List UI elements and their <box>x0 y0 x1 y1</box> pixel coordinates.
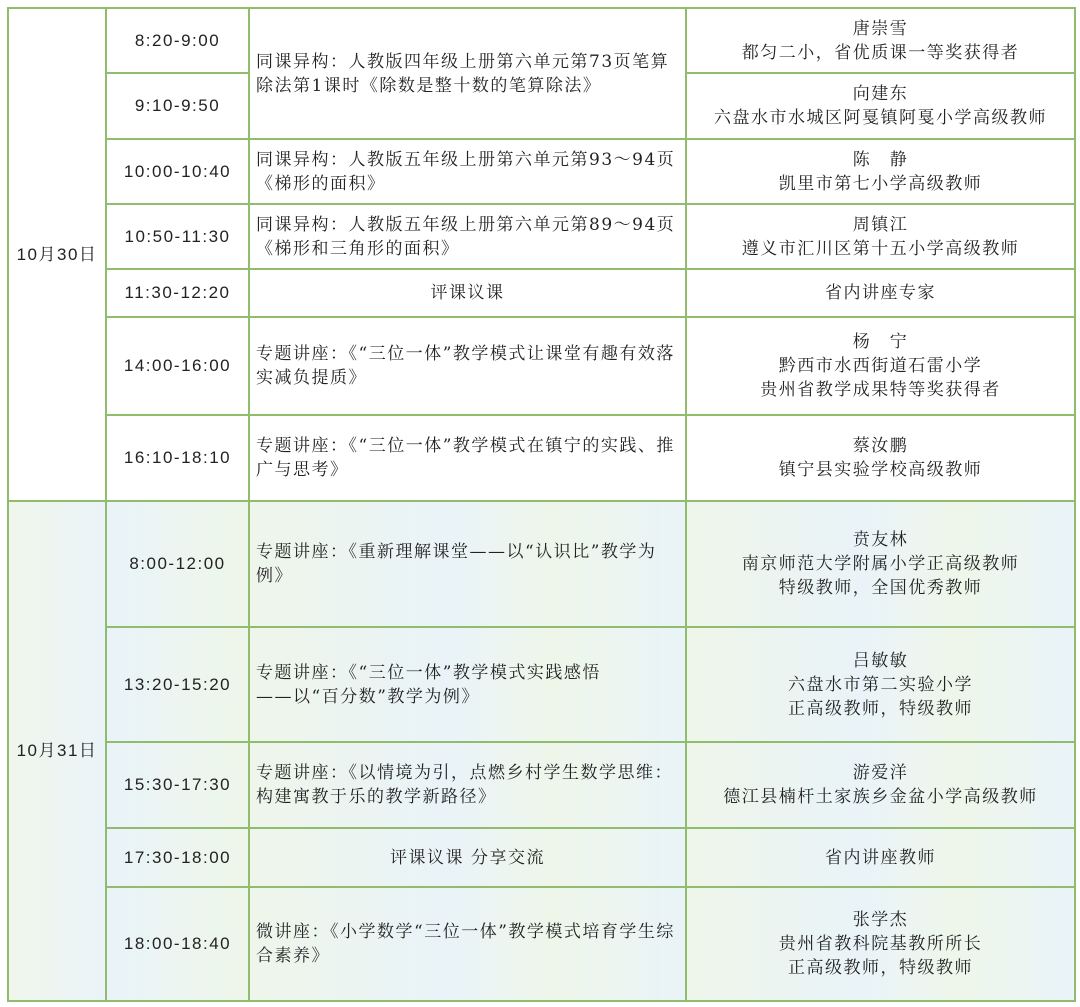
time-cell: 8:00-12:00 <box>106 501 249 627</box>
time-cell: 11:30-12:20 <box>106 269 249 317</box>
table-row: 10:50-11:30 同课异构：人教版五年级上册第六单元第89～94页《梯形和… <box>8 204 1075 269</box>
table-row: 18:00-18:40 微讲座：《小学数学“三位一体”教学模式培育学生综合素养》… <box>8 887 1075 1001</box>
speaker-title: 六盘水市水城区阿戛镇阿戛小学高级教师 <box>693 106 1068 130</box>
time-cell: 16:10-18:10 <box>106 415 249 501</box>
speaker-name: 向建东 <box>693 82 1068 106</box>
topic-cell: 同课异构：人教版五年级上册第六单元第89～94页《梯形和三角形的面积》 <box>249 204 686 269</box>
speaker-title: 黔西市水西街道石雷小学 <box>693 354 1068 378</box>
speaker-cell: 蔡汝鹏 镇宁县实验学校高级教师 <box>686 415 1075 501</box>
topic-cell: 微讲座：《小学数学“三位一体”教学模式培育学生综合素养》 <box>249 887 686 1001</box>
topic-cell: 专题讲座：《“三位一体”教学模式实践感悟 ——以“百分数”教学为例》 <box>249 627 686 742</box>
speaker-cell: 贲友林 南京师范大学附属小学正高级教师 特级教师，全国优秀教师 <box>686 501 1075 627</box>
speaker-name: 贲友林 <box>693 528 1068 552</box>
time-cell: 15:30-17:30 <box>106 742 249 828</box>
speaker-cell: 唐崇雪 都匀二小，省优质课一等奖获得者 <box>686 8 1075 73</box>
speaker-title: 贵州省教科院基教所所长 <box>693 932 1068 956</box>
speaker-cell: 吕敏敏 六盘水市第二实验小学 正高级教师，特级教师 <box>686 627 1075 742</box>
speaker-name: 陈 静 <box>693 148 1068 172</box>
speaker-name: 吕敏敏 <box>693 649 1068 673</box>
speaker-title: 贵州省教学成果特等奖获得者 <box>693 378 1068 402</box>
time-cell: 17:30-18:00 <box>106 828 249 887</box>
speaker-title: 遵义市汇川区第十五小学高级教师 <box>693 237 1068 261</box>
speaker-title: 特级教师，全国优秀教师 <box>693 576 1068 600</box>
date-cell: 10月31日 <box>8 501 106 1001</box>
speaker-name: 省内讲座专家 <box>693 281 1068 305</box>
time-cell: 10:00-10:40 <box>106 139 249 204</box>
table-row: 10月31日 8:00-12:00 专题讲座：《重新理解课堂——以“认识比”教学… <box>8 501 1075 627</box>
time-cell: 14:00-16:00 <box>106 317 249 415</box>
table-row: 10月30日 8:20-9:00 同课异构：人教版四年级上册第六单元第73页笔算… <box>8 8 1075 73</box>
topic-cell: 专题讲座：《“三位一体”教学模式让课堂有趣有效落实减负提质》 <box>249 317 686 415</box>
topic-line: ——以“百分数”教学为例》 <box>256 685 679 709</box>
table-row: 10:00-10:40 同课异构：人教版五年级上册第六单元第93～94页《梯形的… <box>8 139 1075 204</box>
speaker-cell: 周镇江 遵义市汇川区第十五小学高级教师 <box>686 204 1075 269</box>
speaker-title: 德江县楠杆土家族乡金盆小学高级教师 <box>693 785 1068 809</box>
speaker-title: 凯里市第七小学高级教师 <box>693 172 1068 196</box>
topic-cell: 专题讲座：《以情境为引，点燃乡村学生数学思维：构建寓教于乐的教学新路径》 <box>249 742 686 828</box>
topic-cell: 评课议课 分享交流 <box>249 828 686 887</box>
topic-cell: 同课异构：人教版五年级上册第六单元第93～94页《梯形的面积》 <box>249 139 686 204</box>
topic-cell: 评课议课 <box>249 269 686 317</box>
topic-cell: 专题讲座：《“三位一体”教学模式在镇宁的实践、推广与思考》 <box>249 415 686 501</box>
speaker-title: 南京师范大学附属小学正高级教师 <box>693 552 1068 576</box>
table-row: 15:30-17:30 专题讲座：《以情境为引，点燃乡村学生数学思维：构建寓教于… <box>8 742 1075 828</box>
topic-cell: 专题讲座：《重新理解课堂——以“认识比”教学为例》 <box>249 501 686 627</box>
speaker-cell: 杨 宁 黔西市水西街道石雷小学 贵州省教学成果特等奖获得者 <box>686 317 1075 415</box>
table-row: 17:30-18:00 评课议课 分享交流 省内讲座教师 <box>8 828 1075 887</box>
speaker-title: 六盘水市第二实验小学 <box>693 673 1068 697</box>
topic-line: 专题讲座：《“三位一体”教学模式实践感悟 <box>256 661 679 685</box>
speaker-title: 都匀二小，省优质课一等奖获得者 <box>693 41 1068 65</box>
topic-cell: 同课异构：人教版四年级上册第六单元第73页笔算除法第1课时《除数是整十数的笔算除… <box>249 8 686 139</box>
speaker-cell: 省内讲座教师 <box>686 828 1075 887</box>
time-cell: 9:10-9:50 <box>106 73 249 139</box>
day-group-oct30: 10月30日 8:20-9:00 同课异构：人教版四年级上册第六单元第73页笔算… <box>8 8 1075 501</box>
speaker-name: 周镇江 <box>693 213 1068 237</box>
speaker-cell: 省内讲座专家 <box>686 269 1075 317</box>
time-cell: 8:20-9:00 <box>106 8 249 73</box>
speaker-title: 正高级教师，特级教师 <box>693 956 1068 980</box>
speaker-cell: 张学杰 贵州省教科院基教所所长 正高级教师，特级教师 <box>686 887 1075 1001</box>
speaker-name: 蔡汝鹏 <box>693 434 1068 458</box>
time-cell: 13:20-15:20 <box>106 627 249 742</box>
table-row: 14:00-16:00 专题讲座：《“三位一体”教学模式让课堂有趣有效落实减负提… <box>8 317 1075 415</box>
date-cell: 10月30日 <box>8 8 106 501</box>
schedule-table: 10月30日 8:20-9:00 同课异构：人教版四年级上册第六单元第73页笔算… <box>7 7 1076 1002</box>
table-row: 11:30-12:20 评课议课 省内讲座专家 <box>8 269 1075 317</box>
day-group-oct31: 10月31日 8:00-12:00 专题讲座：《重新理解课堂——以“认识比”教学… <box>8 501 1075 1001</box>
time-cell: 10:50-11:30 <box>106 204 249 269</box>
table-row: 13:20-15:20 专题讲座：《“三位一体”教学模式实践感悟 ——以“百分数… <box>8 627 1075 742</box>
speaker-name: 张学杰 <box>693 908 1068 932</box>
speaker-cell: 游爱洋 德江县楠杆土家族乡金盆小学高级教师 <box>686 742 1075 828</box>
speaker-title: 镇宁县实验学校高级教师 <box>693 458 1068 482</box>
speaker-name: 杨 宁 <box>693 330 1068 354</box>
speaker-name: 游爱洋 <box>693 761 1068 785</box>
speaker-name: 省内讲座教师 <box>693 846 1068 870</box>
time-cell: 18:00-18:40 <box>106 887 249 1001</box>
speaker-title: 正高级教师，特级教师 <box>693 697 1068 721</box>
speaker-name: 唐崇雪 <box>693 17 1068 41</box>
speaker-cell: 向建东 六盘水市水城区阿戛镇阿戛小学高级教师 <box>686 73 1075 139</box>
table-row: 16:10-18:10 专题讲座：《“三位一体”教学模式在镇宁的实践、推广与思考… <box>8 415 1075 501</box>
speaker-cell: 陈 静 凯里市第七小学高级教师 <box>686 139 1075 204</box>
